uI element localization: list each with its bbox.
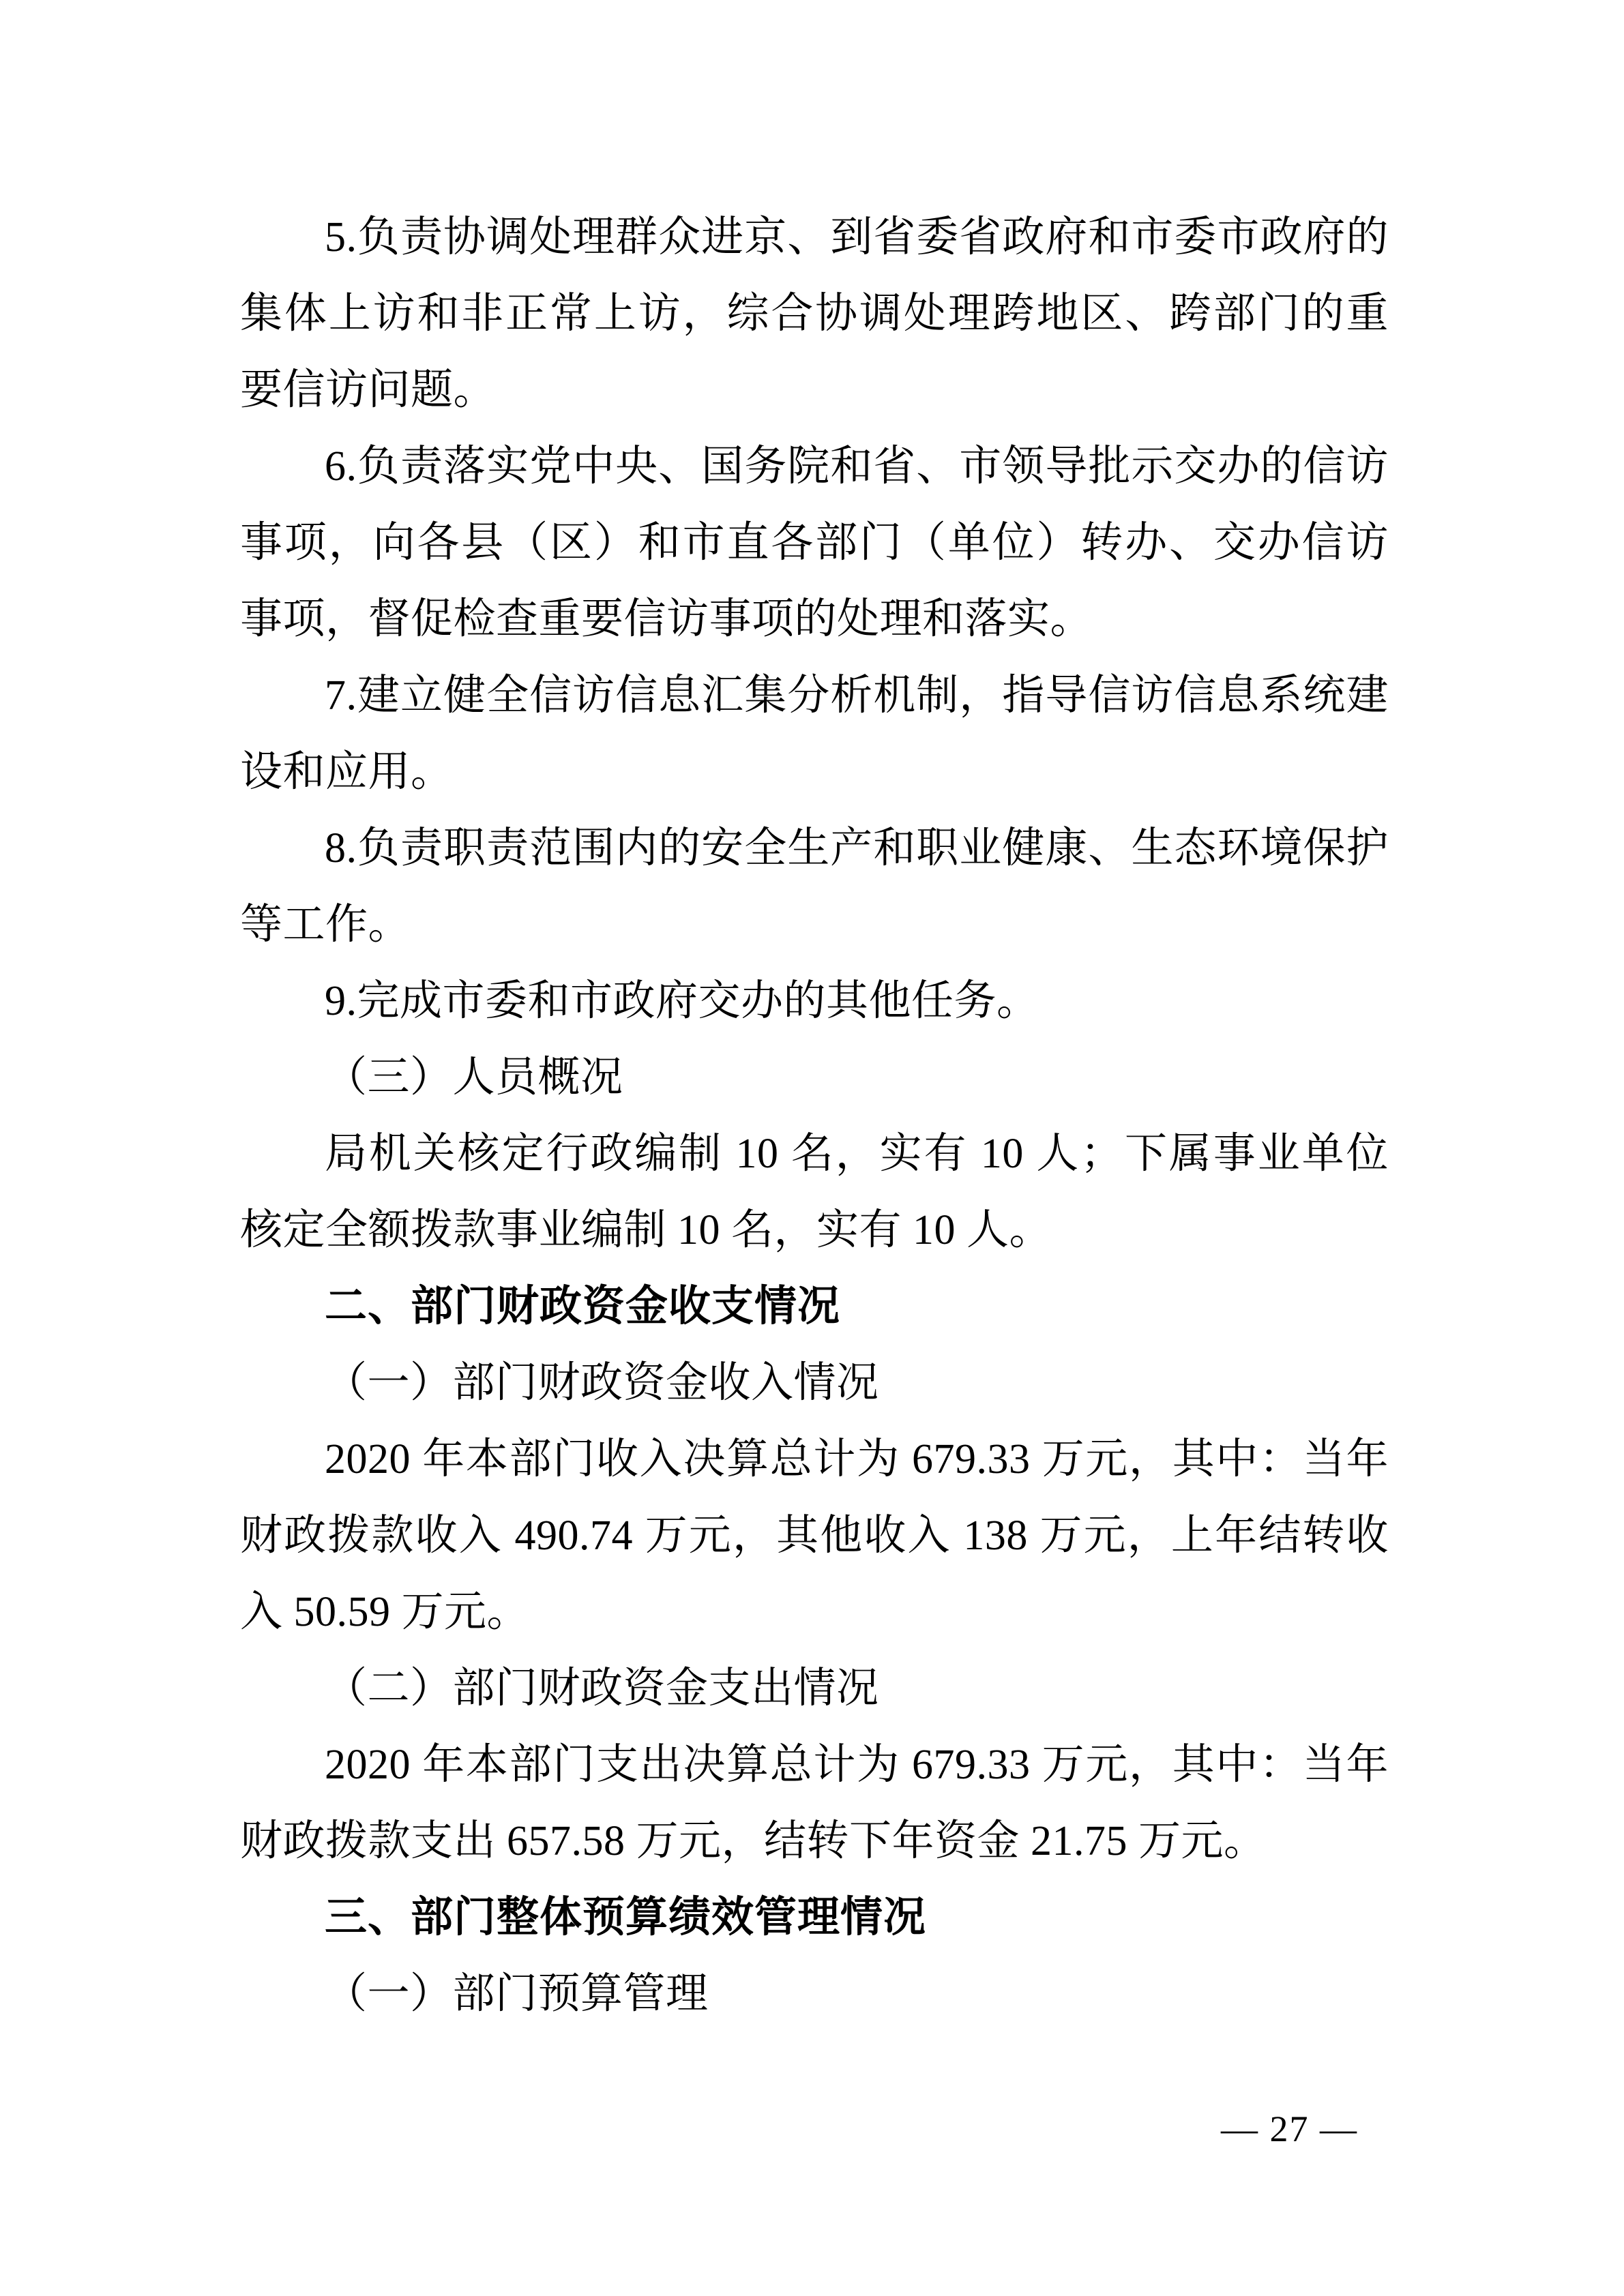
paragraph-duty-9: 9.完成市委和市政府交办的其他任务。: [240, 963, 1389, 1039]
section-heading-fiscal-funds: 二、部门财政资金收支情况: [240, 1268, 1389, 1345]
subheading-budget-management: （一）部门预算管理: [240, 1956, 1389, 2032]
document-page: 5.负责协调处理群众进京、到省委省政府和市委市政府的集体上访和非正常上访，综合协…: [0, 0, 1624, 2296]
subheading-expenditure: （二）部门财政资金支出情况: [240, 1650, 1389, 1727]
paragraph-duty-6: 6.负责落实党中央、国务院和省、市领导批示交办的信访事项，向各县（区）和市直各部…: [240, 428, 1389, 657]
paragraph-staffing: 局机关核定行政编制 10 名，实有 10 人；下属事业单位核定全额拨款事业编制 …: [240, 1116, 1389, 1268]
paragraph-income-details: 2020 年本部门收入决算总计为 679.33 万元，其中：当年财政拨款收入 4…: [240, 1421, 1389, 1650]
page-number: — 27 —: [1221, 2110, 1358, 2148]
subheading-income: （一）部门财政资金收入情况: [240, 1345, 1389, 1421]
paragraph-expenditure-details: 2020 年本部门支出决算总计为 679.33 万元，其中：当年财政拨款支出 6…: [240, 1727, 1389, 1879]
paragraph-duty-8: 8.负责职责范围内的安全生产和职业健康、生态环境保护等工作。: [240, 810, 1389, 963]
subheading-personnel-overview: （三）人员概况: [240, 1039, 1389, 1116]
document-body: 5.负责协调处理群众进京、到省委省政府和市委市政府的集体上访和非正常上访，综合协…: [240, 199, 1389, 2032]
paragraph-duty-7: 7.建立健全信访信息汇集分析机制，指导信访信息系统建设和应用。: [240, 657, 1389, 810]
paragraph-duty-5: 5.负责协调处理群众进京、到省委省政府和市委市政府的集体上访和非正常上访，综合协…: [240, 199, 1389, 428]
section-heading-budget-performance: 三、部门整体预算绩效管理情况: [240, 1879, 1389, 1956]
